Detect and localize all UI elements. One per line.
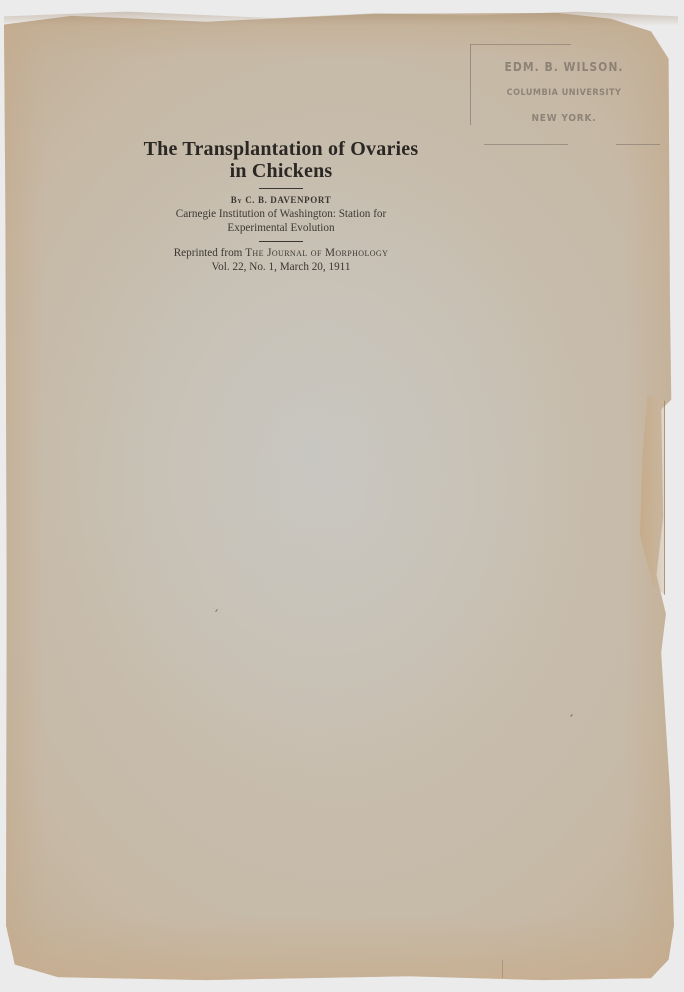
title-divider <box>259 188 303 189</box>
ownership-stamp: EDM. B. WILSON. COLUMBIA UNIVERSITY NEW … <box>470 44 658 142</box>
journal-name: The Journal of Morphology <box>245 247 388 259</box>
torn-top-edge <box>4 10 678 26</box>
title-line-2: in Chickens <box>230 160 333 182</box>
stamp-rule-left <box>484 144 568 145</box>
stamp-city: NEW YORK. <box>470 113 658 124</box>
byline-prefix: By <box>231 195 243 205</box>
affiliation-divider <box>259 241 303 242</box>
reprint-prefix: Reprinted from <box>174 247 245 259</box>
affiliation-line-1: Carnegie Institution of Washington: Stat… <box>176 208 387 220</box>
stamp-owner-name: EDM. B. WILSON. <box>470 60 658 74</box>
reprint-note: Reprinted from The Journal of Morphology… <box>136 247 426 274</box>
stamp-rule-right <box>616 144 660 145</box>
affiliation: Carnegie Institution of Washington: Stat… <box>136 208 426 235</box>
citation: Vol. 22, No. 1, March 20, 1911 <box>212 261 351 273</box>
title-line-1: The Transplantation of Ovaries <box>144 138 419 160</box>
stamp-institution: COLUMBIA UNIVERSITY <box>470 88 658 98</box>
affiliation-line-2: Experimental Evolution <box>227 222 334 234</box>
title-block: The Transplantation of Ovaries in Chicke… <box>136 138 426 274</box>
document-title: The Transplantation of Ovaries in Chicke… <box>136 138 426 182</box>
author-name: C. B. DAVENPORT <box>245 195 331 205</box>
paper-crease <box>502 960 503 978</box>
byline: By C. B. DAVENPORT <box>136 194 426 206</box>
